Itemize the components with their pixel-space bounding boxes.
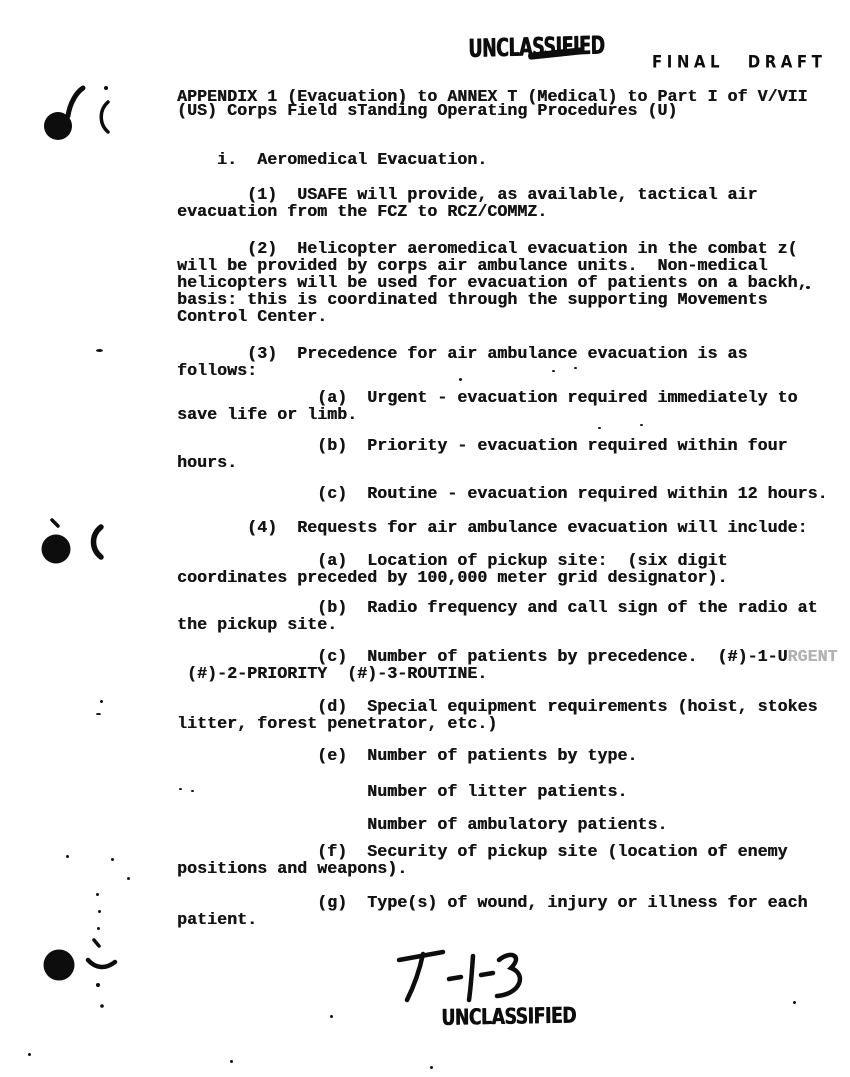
paragraph-4c-faded-text: RGENT: [787, 647, 837, 666]
noise-mark: [552, 370, 555, 372]
paragraph-4g: (g) Type(s) of wound, injury or illness …: [177, 894, 808, 928]
hole-punch-mark-bottom: [40, 930, 135, 1010]
handwritten-page-number: [393, 948, 543, 1008]
paragraph-4b: (b) Radio frequency and call sign of the…: [177, 599, 818, 633]
noise-mark: [330, 1015, 333, 1018]
paragraph-4a: (a) Location of pickup site: (six digit …: [177, 552, 727, 586]
final-draft-stamp: FINAL DRAFT: [652, 52, 826, 72]
noise-mark: [191, 790, 194, 792]
paragraph-4e-ambulatory: Number of ambulatory patients.: [177, 816, 667, 833]
noise-mark: [459, 378, 462, 381]
paragraph-4e: (e) Number of patients by type.: [177, 747, 637, 764]
noise-mark: [598, 427, 601, 429]
noise-mark: [179, 788, 182, 790]
paragraph-4f: (f) Security of pickup site (location of…: [177, 843, 787, 877]
noise-mark: [111, 858, 114, 861]
paragraph-3c: (c) Routine - evacuation required within…: [177, 485, 828, 502]
noise-mark: [98, 910, 101, 913]
paragraph-4: (4) Requests for air ambulance evacuatio…: [177, 519, 808, 536]
noise-mark: [28, 1053, 31, 1056]
hole-punch-mark-middle: [35, 515, 130, 575]
hole-punch-mark-top: [40, 80, 120, 150]
noise-mark: [230, 1060, 233, 1063]
noise-mark: [96, 349, 103, 352]
noise-mark: [97, 927, 100, 930]
noise-mark: [127, 877, 130, 880]
classification-stamp-bottom: UNCLASSIFIED: [441, 1004, 576, 1031]
paragraph-4e-litter: Number of litter patients.: [177, 783, 627, 800]
paragraph-3b: (b) Priority - evacuation required withi…: [177, 437, 787, 471]
paragraph-i: i. Aeromedical Evacuation.: [177, 151, 487, 168]
paragraph-4c: (c) Number of patients by precedence. (#…: [177, 648, 838, 682]
paragraph-2: (2) Helicopter aeromedical evacuation in…: [177, 240, 808, 325]
noise-mark: [100, 700, 103, 703]
paragraph-4c-line2: (#)-2-PRIORITY (#)-3-ROUTINE.: [177, 664, 487, 683]
paragraph-3: (3) Precedence for air ambulance evacuat…: [177, 345, 747, 379]
paragraph-3a: (a) Urgent - evacuation required immedia…: [177, 389, 798, 423]
noise-mark: [574, 367, 577, 369]
noise-mark: [430, 1066, 433, 1069]
noise-mark: [640, 424, 643, 426]
paragraph-1: (1) USAFE will provide, as available, ta…: [177, 186, 757, 220]
noise-mark: [793, 1001, 796, 1004]
scanned-document-page: UNCLASSIFIED FINAL DRAFT APPENDIX 1 (Eva…: [0, 0, 850, 1077]
document-heading: APPENDIX 1 (Evacuation) to ANNEX T (Medi…: [177, 90, 808, 117]
noise-mark: [96, 713, 101, 715]
noise-mark: [806, 286, 810, 289]
noise-mark: [96, 893, 99, 896]
noise-mark: [66, 855, 69, 858]
paragraph-4d: (d) Special equipment requirements (hois…: [177, 698, 818, 732]
